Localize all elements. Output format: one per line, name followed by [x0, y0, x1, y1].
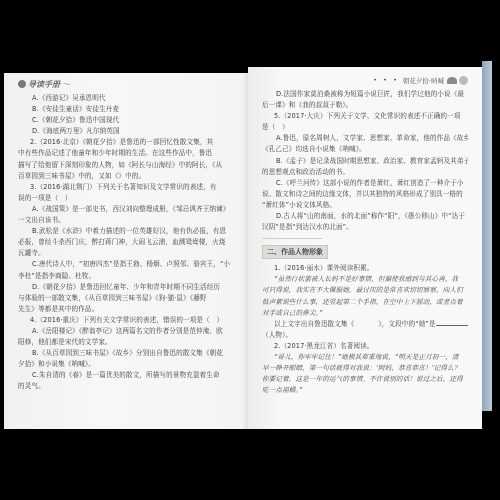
text-line: 早一睁开眼睛，第一句话就得对我说：‘阿妈，恭喜恭喜！’记得么？: [262, 363, 468, 374]
text-line: 4.（2016·重庆）下列有关文学常识的表述，错误的一项是（ ）: [18, 315, 238, 326]
chapter-title: 朝花夕拾·呐喊: [403, 76, 444, 85]
text-line: 2.（2016·北京）《朝花夕拾》是鲁迅的一部回忆性散文集，其: [18, 137, 238, 148]
text-line: 1.（2016·丽水）课外阅读积累。: [262, 263, 468, 274]
text-line: 阳修，他们都是宋代的文学家。: [18, 337, 238, 348]
left-page-text: A.《西游记》吴承恩明代B.《安徒生童话》安徒生丹麦C.《朝花夕拾》鲁迅中国现代…: [18, 93, 238, 393]
text-line: B.《孟子》是记录战国时期思想家、政治家、教育家孟轲及其弟子: [262, 156, 468, 167]
fill-middle: 》，文段中的“她”是: [378, 320, 435, 328]
page-number-badge-icon: [459, 76, 468, 85]
fill-in-question: 以上文字出自鲁迅散文集《》，文段中的“她”是: [262, 319, 468, 330]
left-page-header: 导读手册 〜: [18, 77, 238, 91]
text-line: 2.（2017·黑龙江省）名著阅读。: [262, 341, 468, 352]
left-page: 导读手册 〜 A.《西游记》吴承恩明代B.《安徒生童话》安徒生丹麦C.《朝花夕拾…: [4, 73, 248, 429]
bird-ornament-icon: [447, 77, 457, 84]
right-page-text-top: D.法国作家莫泊桑被称为短篇小说巨匠，我们学过他的小说《最后一课》和《我的叔叔于…: [262, 89, 468, 233]
page-edge: [482, 61, 492, 411]
divider: [262, 238, 322, 239]
text-line: 中有些作品记述了他童年和少年时期的生活。在这些作品中，鲁迅: [18, 148, 238, 159]
fill-prefix: 以上文字出自鲁迅散文集《: [274, 320, 354, 328]
text-line: 的思想观点和政治活动的书。: [262, 167, 468, 178]
text-line: B.《安徒生童话》安徒生丹麦: [18, 104, 238, 115]
text-line: 吃一点福橘。”: [262, 385, 468, 396]
text-line: 的灵气。: [18, 381, 238, 392]
text-line: C.唐代诗人中，“初唐四杰”是指王勃、杨炯、卢照邻、骆宾王，“小: [18, 259, 238, 270]
text-line: A.《西游记》吴承恩明代: [18, 93, 238, 104]
book-spread: 导读手册 〜 A.《西游记》吴承恩明代B.《安徒生童话》安徒生丹麦C.《朝花夕拾…: [4, 73, 490, 429]
wave-ornament-icon: 〜: [63, 79, 71, 90]
text-line: 3.（2016·湖北荆门）下列关于名著知识及文学常识的表述，有: [18, 182, 238, 193]
text-line: 先生》等都是其中的作品。: [18, 304, 238, 315]
fill-tail: （人物）。: [262, 330, 468, 341]
text-line: “萧红体”小说文体风格。: [262, 200, 468, 211]
text-line: 描写了给他留下深刻印象的人物，如《阿长与山海经》中的阿长，《从: [18, 160, 238, 171]
right-page-text-middle: 1.（2016·丽水）课外阅读积累。“虽然行状罢被人长妈不是好事情，但偏使我感到…: [262, 263, 468, 318]
header-dots: • • •: [373, 76, 399, 84]
text-line: “哥儿，你牢牢记住！”她极其郑重地说，“明天是正月初一，清: [262, 352, 468, 363]
text-line: 低声絮说些什么事，还竖起第二个手指，在空中上下摇动，或者点着: [262, 297, 468, 308]
text-line: 李杜”是指李商隐、杜牧。: [18, 271, 238, 282]
text-line: D.古人将“山的南面，水的北面”称作“阳”，《愚公移山》中“达于: [262, 211, 468, 222]
text-line: A.《岳阳楼记》《醉翁亭记》这两篇名文的作者分别是范仲淹、欧: [18, 326, 238, 337]
right-page: • • • 朝花夕拾·呐喊 D.法国作家莫泊桑被称为短篇小说巨匠，我们学过他的小…: [248, 67, 482, 429]
right-page-header: • • • 朝花夕拾·呐喊: [262, 73, 468, 87]
text-line: C.《朝花夕拾》鲁迅中国现代: [18, 115, 238, 126]
text-line: 必报，曾经斗杀西门庆，醉打蒋门神，大闹飞云浦，血溅鸳鸯楼，火烧: [18, 237, 238, 248]
text-line: 可只得说，我实在不大佩服她，最讨厌的是常喜欢切切察察，向人们: [262, 285, 468, 296]
answer-blank: [436, 319, 468, 326]
text-line: 瓦罐寺。: [18, 248, 238, 259]
series-title: 导读手册: [28, 79, 60, 90]
text-line: C.《呼兰河传》这部小说的作者是萧红，萧红创造了一种介于小: [262, 178, 468, 189]
section-heading: 二、作品人物形象: [262, 245, 328, 259]
text-line: C.朱自清的《春》是一篇优美的散文，所描写的景物充盈着生命: [18, 370, 238, 381]
text-line: B.《从百草园到三味书屋》《故乡》分别出自鲁迅的散文集《朝花: [18, 348, 238, 359]
text-line: 你要记着，这是一年的运气的事情。不许说别的话！说过之后，还得: [262, 374, 468, 385]
text-line: 汉阴”是指“到达汉水的北面”。: [262, 222, 468, 233]
text-line: A.鲁迅，原名周树人，文学家、思想家、革命家，他的作品《故乡》: [262, 133, 468, 144]
text-line: D.《海底两万里》凡尔纳英国: [18, 126, 238, 137]
text-line: D.法国作家莫泊桑被称为短篇小说巨匠，我们学过他的小说《最: [262, 89, 468, 100]
text-line: 对手或自己的鼻尖。”: [262, 308, 468, 319]
text-line: 误的一项是（ ）: [18, 193, 238, 204]
text-line: 一文出自该书。: [18, 215, 238, 226]
right-page-text-bottom: 2.（2017·黑龙江省）名著阅读。“哥儿，你牢牢记住！”她极其郑重地说，“明天…: [262, 341, 468, 396]
text-line: 与体验的一部散文集，《从百草园到三味书屋》《狗·猫·鼠》《藤野: [18, 293, 238, 304]
text-line: 说、散文和诗之间的边缘文体，并以其独特的风格形成了别具一格的: [262, 189, 468, 200]
text-line: D.《朝花夕拾》是鲁迅回忆童年、少年和青年时期不同生活经历: [18, 282, 238, 293]
text-line: “虽然行状罢被人长妈不是好事情，但偏使我感到与其心善，我: [262, 274, 468, 285]
text-line: 夕拾》和小说集《呐喊》。: [18, 359, 238, 370]
text-line: 后一课》和《我的叔叔于勒》。: [262, 100, 468, 111]
text-line: 百草园到三味书屋》中的，又如《》中的。: [18, 171, 238, 182]
text-line: A.《战国策》是一部史书，西汉刘向整理成册，《邹忌讽齐王纳谏》: [18, 204, 238, 215]
text-line: 《孔乙己》均选自小说集《呐喊》。: [262, 144, 468, 155]
text-line: 5.（2017·大庆）下列关于文学、文化常识的表述不正确的一项: [262, 111, 468, 122]
text-line: B.武松是《水浒》中着力描述的一位英雄好汉，他有仇必报，有恩: [18, 226, 238, 237]
text-line: 是（ ）: [262, 122, 468, 133]
book-logo-icon: [18, 80, 26, 88]
